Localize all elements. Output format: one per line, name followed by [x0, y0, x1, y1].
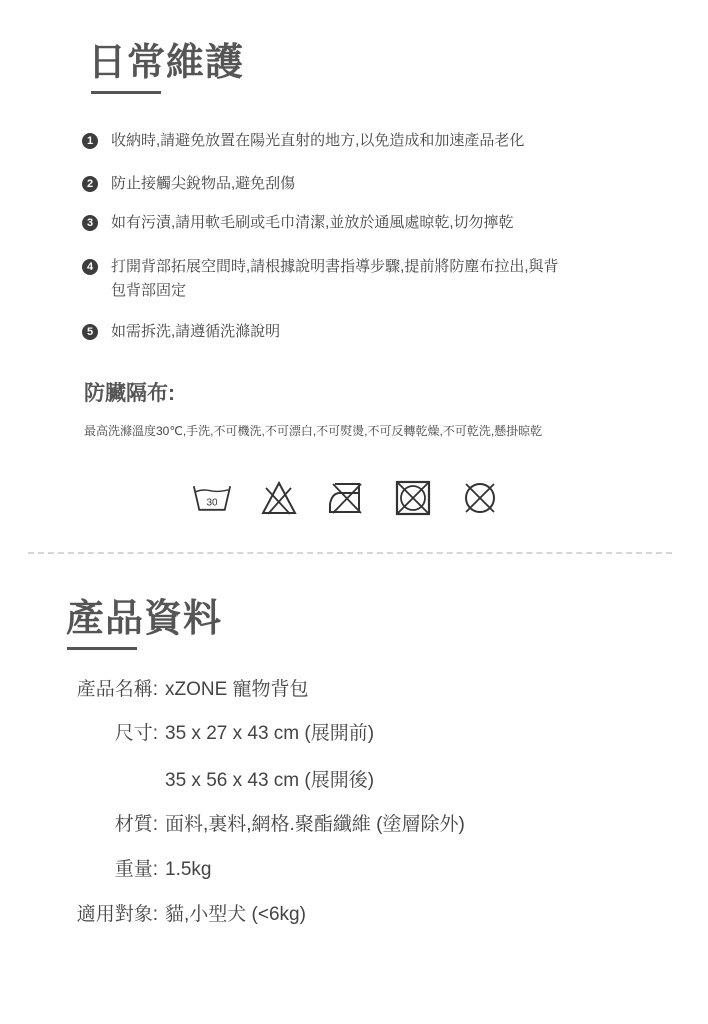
- spec-row-product-name: 產品名稱: xZONE 寵物背包: [0, 677, 309, 703]
- care-item-1: 1 收納時,請避免放置在陽光直射的地方,以免造成和加速產品老化: [82, 129, 581, 153]
- spec-label: 材質:: [0, 812, 158, 838]
- spec-value: 面料,裏料,網格.聚酯纖維 (塗層除外): [158, 812, 465, 838]
- no-bleach-icon: [259, 480, 299, 516]
- care-title-underline: [91, 91, 161, 94]
- spec-value: 1.5kg: [158, 857, 211, 883]
- care-item-5: 5 如需拆洗,請遵循洗滌說明: [82, 320, 581, 344]
- no-iron-icon: [326, 480, 366, 516]
- care-item-text: 收納時,請避免放置在陽光直射的地方,以免造成和加速產品老化: [111, 129, 581, 153]
- section-divider: [28, 552, 672, 554]
- no-tumble-dry-icon: [393, 480, 433, 516]
- wash-30-icon: 30: [192, 480, 232, 516]
- spec-row-weight: 重量: 1.5kg: [0, 857, 211, 883]
- care-item-text: 防止接觸尖銳物品,避免刮傷: [111, 172, 581, 196]
- care-item-text: 如需拆洗,請遵循洗滌說明: [111, 320, 581, 344]
- spec-row-dimensions: 尺寸: 35 x 27 x 43 cm (展開前): [0, 721, 374, 747]
- spec-value: 貓,小型犬 (<6kg): [158, 902, 306, 928]
- no-dry-clean-icon: [460, 480, 500, 516]
- laundry-symbols: 30: [192, 480, 527, 516]
- number-1-icon: 1: [82, 133, 98, 149]
- svg-text:30: 30: [206, 497, 218, 508]
- washing-instructions: 最高洗滌溫度30℃,手洗,不可機洗,不可漂白,不可熨燙,不可反轉乾燥,不可乾洗,…: [84, 423, 542, 439]
- spec-value: xZONE 寵物背包: [158, 677, 309, 703]
- spec-value: 35 x 27 x 43 cm (展開前): [158, 721, 374, 747]
- dust-cloth-heading: 防臟隔布:: [84, 383, 175, 404]
- spec-row-material: 材質: 面料,裏料,網格.聚酯纖維 (塗層除外): [0, 812, 465, 838]
- product-title-underline: [67, 647, 137, 650]
- care-item-text: 打開背部拓展空間時,請根據說明書指導步驟,提前將防塵布拉出,與背包背部固定: [111, 255, 571, 303]
- number-4-icon: 4: [82, 259, 98, 275]
- number-5-icon: 5: [82, 324, 98, 340]
- number-2-icon: 2: [82, 176, 98, 192]
- spec-value: 35 x 56 x 43 cm (展開後): [158, 768, 374, 794]
- spec-label: 適用對象:: [0, 902, 158, 928]
- care-item-3: 3 如有污漬,請用軟毛刷或毛巾清潔,並放於通風處晾乾,切勿擰乾: [82, 211, 581, 235]
- spec-label: 重量:: [0, 857, 158, 883]
- care-section-title: 日常維護: [88, 44, 244, 82]
- product-section-title: 產品資料: [66, 600, 222, 638]
- care-item-4: 4 打開背部拓展空間時,請根據說明書指導步驟,提前將防塵布拉出,與背包背部固定: [82, 255, 571, 303]
- number-3-icon: 3: [82, 215, 98, 231]
- care-item-text: 如有污漬,請用軟毛刷或毛巾清潔,並放於通風處晾乾,切勿擰乾: [111, 211, 581, 235]
- spec-label: 產品名稱:: [0, 677, 158, 703]
- care-item-2: 2 防止接觸尖銳物品,避免刮傷: [82, 172, 581, 196]
- spec-label: 尺寸:: [0, 721, 158, 747]
- spec-row-suitable-for: 適用對象: 貓,小型犬 (<6kg): [0, 902, 306, 928]
- spec-row-dimensions-expanded: 35 x 56 x 43 cm (展開後): [0, 768, 374, 794]
